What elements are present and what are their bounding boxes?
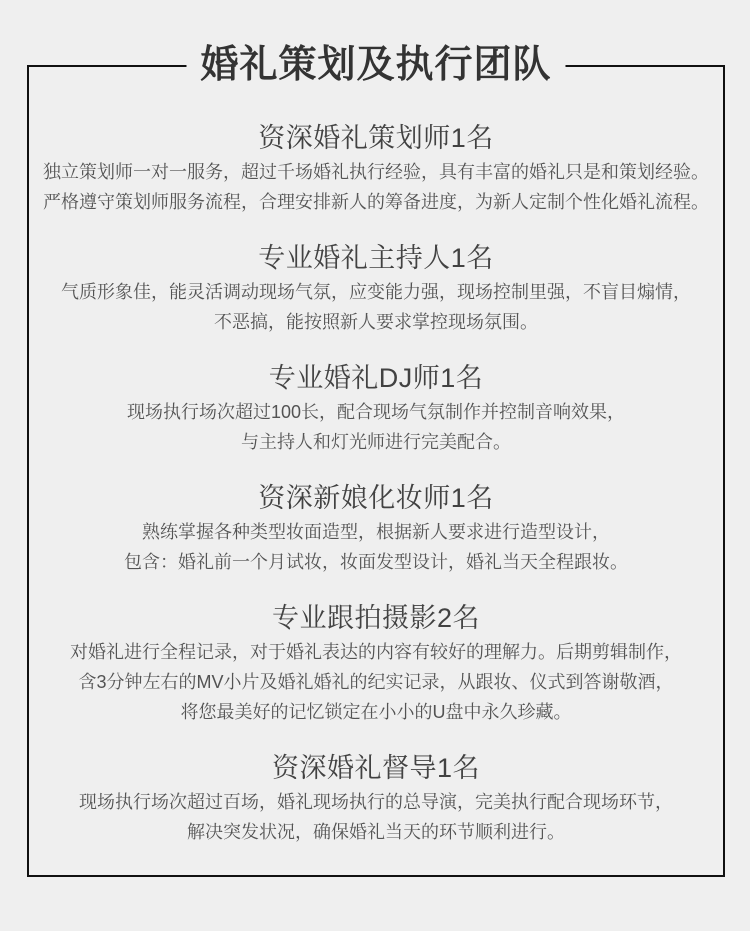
section-heading: 资深新娘化妆师1名 — [29, 479, 723, 517]
section-text-line: 包含：婚礼前一个月试妆，妆面发型设计，婚礼当天全程跟妆。 — [29, 547, 723, 577]
section-text-line: 现场执行场次超过百场，婚礼现场执行的总导演，完美执行配合现场环节， — [29, 787, 723, 817]
section-wedding-host: 专业婚礼主持人1名 气质形象佳，能灵活调动现场气氛，应变能力强，现场控制里强，不… — [29, 239, 723, 337]
section-makeup-artist: 资深新娘化妆师1名 熟练掌握各种类型妆面造型，根据新人要求进行造型设计， 包含：… — [29, 479, 723, 577]
section-heading: 资深婚礼督导1名 — [29, 749, 723, 787]
section-wedding-supervisor: 资深婚礼督导1名 现场执行场次超过百场，婚礼现场执行的总导演，完美执行配合现场环… — [29, 749, 723, 847]
section-text-line: 与主持人和灯光师进行完美配合。 — [29, 427, 723, 457]
section-text-line: 独立策划师一对一服务，超过千场婚礼执行经验，具有丰富的婚礼只是和策划经验。 — [29, 157, 723, 187]
section-heading: 专业婚礼DJ师1名 — [29, 359, 723, 397]
page-title: 婚礼策划及执行团队 — [186, 39, 565, 91]
section-photographers: 专业跟拍摄影2名 对婚礼进行全程记录，对于婚礼表达的内容有较好的理解力。后期剪辑… — [29, 599, 723, 727]
section-text-line: 气质形象佳，能灵活调动现场气氛，应变能力强，现场控制里强，不盲目煽情， — [29, 277, 723, 307]
team-panel: 婚礼策划及执行团队 资深婚礼策划师1名 独立策划师一对一服务，超过千场婚礼执行经… — [27, 65, 725, 877]
section-text-line: 不恶搞，能按照新人要求掌控现场氛围。 — [29, 307, 723, 337]
section-wedding-dj: 专业婚礼DJ师1名 现场执行场次超过100长，配合现场气氛制作并控制音响效果， … — [29, 359, 723, 457]
section-heading: 专业婚礼主持人1名 — [29, 239, 723, 277]
section-heading: 资深婚礼策划师1名 — [29, 119, 723, 157]
section-text-line: 熟练掌握各种类型妆面造型，根据新人要求进行造型设计， — [29, 517, 723, 547]
section-text-line: 将您最美好的记忆锁定在小小的U盘中永久珍藏。 — [29, 697, 723, 727]
panel-content: 资深婚礼策划师1名 独立策划师一对一服务，超过千场婚礼执行经验，具有丰富的婚礼只… — [29, 67, 723, 847]
section-text-line: 含3分钟左右的MV小片及婚礼婚礼的纪实记录，从跟妆、仪式到答谢敬酒， — [29, 667, 723, 697]
section-text-line: 严格遵守策划师服务流程，合理安排新人的筹备进度，为新人定制个性化婚礼流程。 — [29, 187, 723, 217]
section-text-line: 解决突发状况，确保婚礼当天的环节顺利进行。 — [29, 817, 723, 847]
section-text-line: 对婚礼进行全程记录，对于婚礼表达的内容有较好的理解力。后期剪辑制作， — [29, 637, 723, 667]
section-wedding-planner: 资深婚礼策划师1名 独立策划师一对一服务，超过千场婚礼执行经验，具有丰富的婚礼只… — [29, 119, 723, 217]
section-heading: 专业跟拍摄影2名 — [29, 599, 723, 637]
section-text-line: 现场执行场次超过100长，配合现场气氛制作并控制音响效果， — [29, 397, 723, 427]
